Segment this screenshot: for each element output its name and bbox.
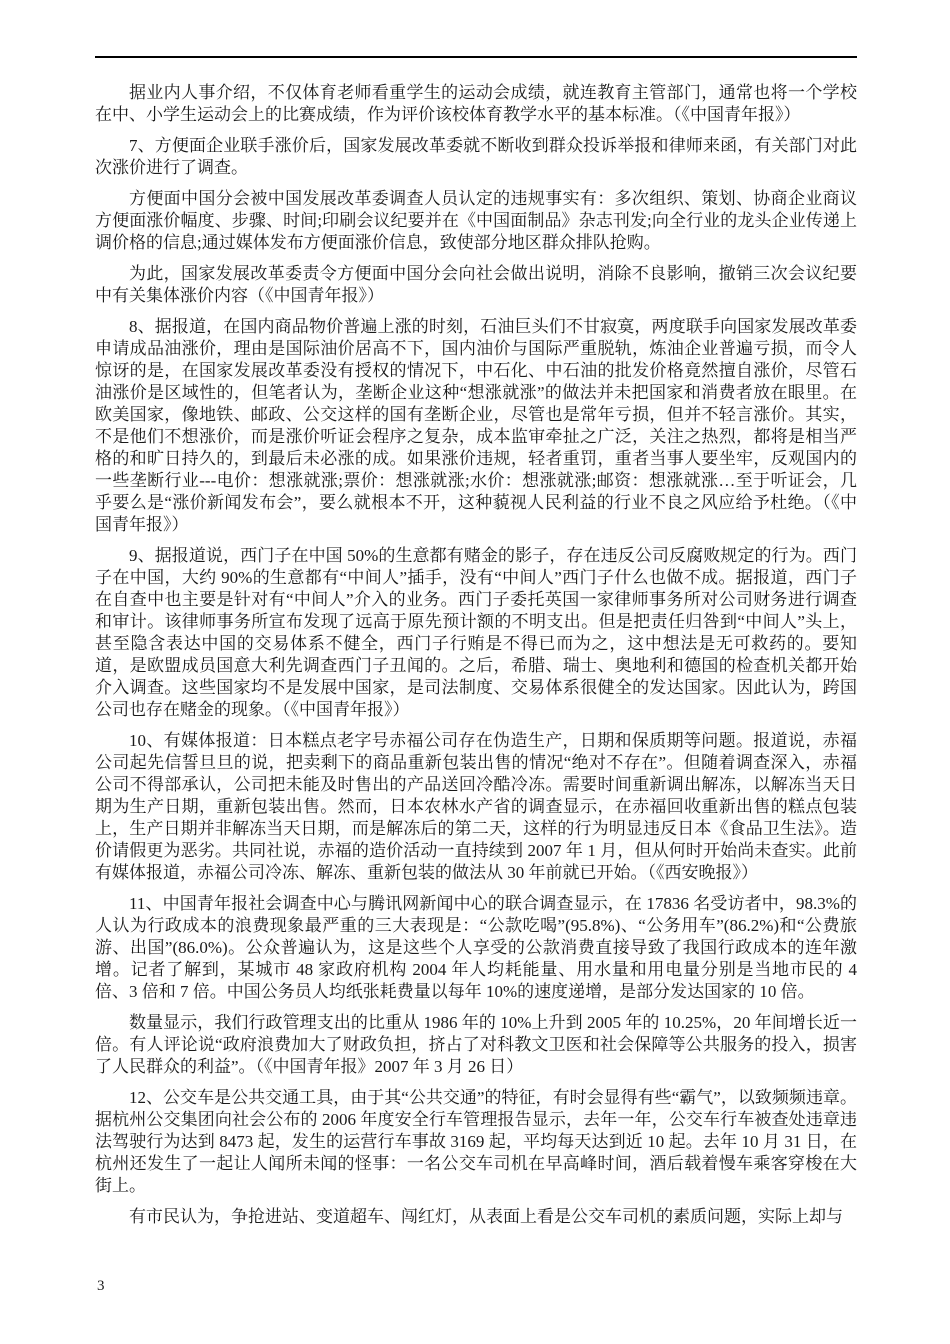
header-rule-divider bbox=[95, 56, 857, 58]
document-body: 据业内人事介绍，不仅体育老师看重学生的运动会成绩，就连教育主管部门，通常也将一个… bbox=[95, 82, 857, 1237]
paragraph-11-survey: 11、中国青年报社会调查中心与腾讯网新闻中心的联合调查显示，在 17836 名受… bbox=[95, 893, 857, 1003]
paragraph-7-intro: 7、方便面企业联手涨价后，国家发展改革委就不断收到群众投诉举报和律师来函，有关部… bbox=[95, 135, 857, 179]
document-page: 据业内人事介绍，不仅体育老师看重学生的运动会成绩，就连教育主管部门，通常也将一个… bbox=[0, 0, 950, 1344]
paragraph-11-figures: 数量显示，我们行政管理支出的比重从 1986 年的 10%上升到 2005 年的… bbox=[95, 1012, 857, 1078]
paragraph-12-citizens: 有市民认为，争抢进站、变道超车、闯红灯，从表面上看是公交车司机的素质问题，实际上… bbox=[95, 1206, 857, 1228]
paragraph-7-facts: 方便面中国分会被中国发展改革委调查人员认定的违规事实有：多次组织、策划、协商企业… bbox=[95, 188, 857, 254]
paragraph-7-conclusion: 为此，国家发展改革委责令方便面中国分会向社会做出说明，消除不良影响，撤销三次会议… bbox=[95, 263, 857, 307]
paragraph-sports-intro: 据业内人事介绍，不仅体育老师看重学生的运动会成绩，就连教育主管部门，通常也将一个… bbox=[95, 82, 857, 126]
paragraph-10-akafuku: 10、有媒体报道：日本糕点老字号赤福公司存在伪造生产，日期和保质期等问题。报道说… bbox=[95, 730, 857, 884]
paragraph-8-oil-price: 8、据报道，在国内商品物价普遍上涨的时刻，石油巨头们不甘寂寞，两度联手向国家发展… bbox=[95, 316, 857, 536]
page-number: 3 bbox=[97, 1276, 105, 1296]
paragraph-9-siemens: 9、据报道说，西门子在中国 50%的生意都有赌金的影子，存在违反公司反腐败规定的… bbox=[95, 545, 857, 721]
paragraph-12-bus: 12、公交车是公共交通工具，由于其“公共交通”的特征，有时会显得有些“霸气”，以… bbox=[95, 1087, 857, 1197]
